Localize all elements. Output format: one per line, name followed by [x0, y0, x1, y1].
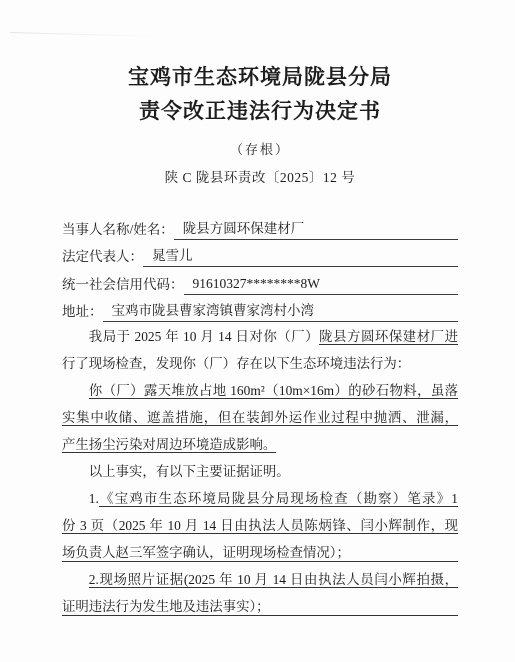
underlined-text: 实集中收储、遮盖措施，但在装卸外运作业过程中抛洒、泄漏，: [62, 410, 458, 426]
body-line: 实集中收储、遮盖措施，但在装卸外运作业过程中抛洒、泄漏，: [62, 404, 458, 431]
document-title-line1: 宝鸡市生态环境局陇县分局: [128, 65, 392, 89]
field-value: 晁雪儿: [152, 248, 193, 263]
body-line: 以上事实，有以下主要证据证明。: [62, 458, 458, 485]
field-row: 统一社会信用代码：91610327********8W: [62, 267, 458, 295]
body-line: 我局于 2025 年 10 月 14 日对你（厂）陇县方圆环保建材厂进: [62, 323, 458, 350]
field-row: 法定代表人：晁雪儿: [62, 240, 458, 268]
field-label: 地址：: [62, 300, 103, 322]
field-value: 宝鸡市陇县曹家湾镇曹家湾村小湾: [112, 303, 315, 318]
underlined-text: 产生扬尘污染对周边环境造成影响。: [62, 437, 276, 453]
underlined-text: 场负责人赵三军签字确认，证明现场检查情况）；: [62, 539, 350, 562]
field-label: 法定代表人：: [62, 245, 143, 267]
document-page: 宝鸡市生态环境局陇县分局 责令改正违法行为决定书 （存根） 陕 C 陇县环责改〔…: [0, 0, 515, 662]
field-underline: 宝鸡市陇县曹家湾镇曹家湾村小湾: [103, 299, 459, 322]
field-underline: 晁雪儿: [143, 244, 458, 267]
underlined-text: 证明违法行为发生地及违法事实）；: [62, 593, 270, 616]
field-row: 地址：宝鸡市陇县曹家湾镇曹家湾村小湾: [62, 295, 458, 323]
underlined-text: 份 3 页（2025 年 10 月 14 日由执法人员陈炳锋、闫小辉制作，现: [62, 518, 458, 534]
body-line: 场负责人赵三军签字确认，证明现场检查情况）；: [62, 539, 458, 566]
field-value: 陇县方圆环保建材厂: [183, 221, 305, 236]
document-title-line2: 责令改正违法行为决定书: [139, 99, 381, 123]
underline-filler: [270, 593, 458, 616]
text-run: 1.: [89, 491, 99, 506]
field-underline: 91610327********8W: [184, 276, 459, 295]
body-line: 产生扬尘污染对周边环境造成影响。: [62, 431, 458, 458]
field-label: 统一社会信用代码：: [62, 273, 184, 295]
field-row: 当事人名称/姓名：陇县方圆环保建材厂: [62, 212, 458, 240]
body-line: 份 3 页（2025 年 10 月 14 日由执法人员陈炳锋、闫小辉制作，现: [62, 512, 458, 539]
underline-filler: [350, 539, 458, 562]
underlined-text: 你（厂）露天堆放占地 160m²（10m×16m）的砂石物料，虽落: [89, 383, 458, 399]
underlined-text: 陇县方圆环保建材厂进: [319, 329, 458, 345]
field-value: 91610327********8W: [193, 276, 321, 291]
document-content: 宝鸡市生态环境局陇县分局 责令改正违法行为决定书 （存根） 陕 C 陇县环责改〔…: [0, 0, 515, 620]
text-run: 行了现场检查，发现你（厂）存在以下生态环境违法行为：: [62, 356, 410, 371]
body-line: 你（厂）露天堆放占地 160m²（10m×16m）的砂石物料，虽落: [62, 377, 458, 404]
text-run: 我局于 2025 年 10 月 14 日对你（厂）: [89, 329, 319, 344]
doc-number: 陕 C 陇县环责改〔2025〕12 号: [62, 166, 458, 186]
body-line: 2.现场照片证据(2025 年 10 月 14 日由执法人员闫小辉拍摄，: [62, 566, 458, 593]
underlined-text: 2.现场照片证据(2025 年 10 月 14 日由执法人员闫小辉拍摄，: [89, 572, 458, 588]
field-underline: 陇县方圆环保建材厂: [174, 217, 458, 240]
party-info-section: 当事人名称/姓名：陇县方圆环保建材厂法定代表人：晁雪儿统一社会信用代码：9161…: [62, 212, 458, 322]
underlined-text: 《宝鸡市生态环境局陇县分局现场检查（勘察）笔录》1: [99, 491, 458, 507]
document-body: 我局于 2025 年 10 月 14 日对你（厂）陇县方圆环保建材厂进行了现场检…: [62, 323, 458, 620]
stub-note: （存根）: [62, 139, 458, 158]
body-line: 行了现场检查，发现你（厂）存在以下生态环境违法行为：: [62, 350, 458, 377]
document-title: 宝鸡市生态环境局陇县分局 责令改正违法行为决定书: [62, 60, 458, 128]
body-line: 1.《宝鸡市生态环境局陇县分局现场检查（勘察）笔录》1: [62, 485, 458, 512]
text-run: 以上事实，有以下主要证据证明。: [89, 464, 290, 479]
body-line: 证明违法行为发生地及违法事实）；: [62, 593, 458, 620]
field-label: 当事人名称/姓名：: [62, 218, 174, 240]
